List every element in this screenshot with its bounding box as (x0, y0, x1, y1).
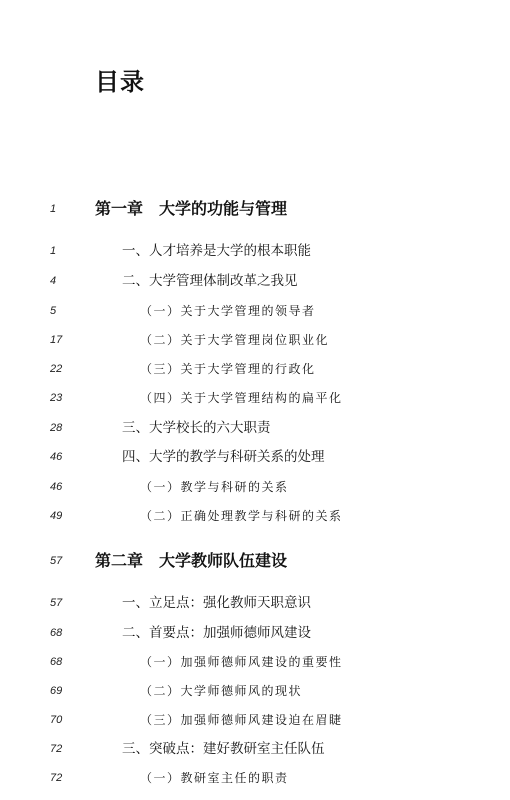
entry-title: （一）加强师德师风建设的重要性 (140, 650, 343, 674)
entry-title: 三、突破点：建好教研室主任队伍 (122, 737, 325, 761)
page-number: 17 (50, 328, 62, 352)
page-number: 72 (50, 766, 62, 790)
page-number: 69 (50, 679, 62, 703)
entry-title: （二）关于大学管理岗位职业化 (140, 328, 329, 352)
toc-chapter-entry[interactable]: 1第一章 大学的功能与管理 (0, 197, 510, 221)
page-number: 70 (50, 708, 62, 732)
page-number: 5 (50, 299, 56, 323)
entry-title: 三、大学校长的六大职责 (122, 416, 271, 440)
entry-title: 二、大学管理体制改革之我见 (122, 269, 298, 293)
entry-title: （四）关于大学管理结构的扁平化 (140, 386, 343, 410)
entry-title: （三）加强师德师风建设迫在眉睫 (140, 708, 343, 732)
entry-title: 第二章 大学教师队伍建设 (95, 549, 287, 573)
toc-subsection-entry[interactable]: 69（二）大学师德师风的现状 (0, 679, 510, 703)
entry-title: 二、首要点：加强师德师风建设 (122, 621, 311, 645)
entry-title: （一）教学与科研的关系 (140, 475, 289, 499)
toc-chapter-entry[interactable]: 57第二章 大学教师队伍建设 (0, 549, 510, 573)
entry-title: （二）正确处理教学与科研的关系 (140, 504, 343, 528)
toc-subsection-entry[interactable]: 68（一）加强师德师风建设的重要性 (0, 650, 510, 674)
toc-subsection-entry[interactable]: 5（一）关于大学管理的领导者 (0, 299, 510, 323)
toc-subsection-entry[interactable]: 49（二）正确处理教学与科研的关系 (0, 504, 510, 528)
page-number: 46 (50, 445, 62, 469)
toc-section-entry[interactable]: 68二、首要点：加强师德师风建设 (0, 621, 510, 645)
entry-title: 第一章 大学的功能与管理 (95, 197, 287, 221)
toc-section-entry[interactable]: 46四、大学的教学与科研关系的处理 (0, 445, 510, 469)
toc-subsection-entry[interactable]: 72（一）教研室主任的职责 (0, 766, 510, 790)
toc-subsection-entry[interactable]: 70（三）加强师德师风建设迫在眉睫 (0, 708, 510, 732)
page-number: 68 (50, 650, 62, 674)
page-number: 28 (50, 416, 62, 440)
entry-title: 一、立足点：强化教师天职意识 (122, 591, 311, 615)
page-number: 72 (50, 737, 62, 761)
page-number: 49 (50, 504, 62, 528)
entry-title: （一）教研室主任的职责 (140, 766, 289, 790)
entry-title: 四、大学的教学与科研关系的处理 (122, 445, 325, 469)
toc-section-entry[interactable]: 1一、人才培养是大学的根本职能 (0, 239, 510, 263)
toc-section-entry[interactable]: 28三、大学校长的六大职责 (0, 416, 510, 440)
toc-section-entry[interactable]: 57一、立足点：强化教师天职意识 (0, 591, 510, 615)
page-number: 1 (50, 239, 56, 263)
page-title: 目录 (95, 62, 145, 97)
entry-title: （三）关于大学管理的行政化 (140, 357, 316, 381)
toc-section-entry[interactable]: 72三、突破点：建好教研室主任队伍 (0, 737, 510, 761)
entry-title: （一）关于大学管理的领导者 (140, 299, 316, 323)
page-number: 68 (50, 621, 62, 645)
entry-title: （二）大学师德师风的现状 (140, 679, 302, 703)
page-number: 4 (50, 269, 56, 293)
page-number: 57 (50, 591, 62, 615)
toc-subsection-entry[interactable]: 23（四）关于大学管理结构的扁平化 (0, 386, 510, 410)
toc-subsection-entry[interactable]: 17（二）关于大学管理岗位职业化 (0, 328, 510, 352)
entry-title: 一、人才培养是大学的根本职能 (122, 239, 311, 263)
page-number: 57 (50, 549, 62, 573)
page-number: 22 (50, 357, 62, 381)
toc-subsection-entry[interactable]: 22（三）关于大学管理的行政化 (0, 357, 510, 381)
page-number: 1 (50, 197, 56, 221)
toc-section-entry[interactable]: 4二、大学管理体制改革之我见 (0, 269, 510, 293)
toc-subsection-entry[interactable]: 46（一）教学与科研的关系 (0, 475, 510, 499)
page-number: 23 (50, 386, 62, 410)
page-number: 46 (50, 475, 62, 499)
